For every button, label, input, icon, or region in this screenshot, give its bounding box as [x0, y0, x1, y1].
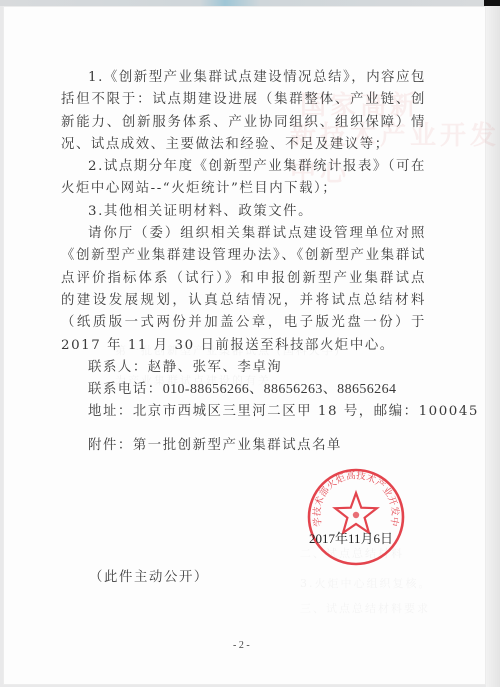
- contact-phone-value: 010-88656266、88656263、88656264: [163, 382, 397, 397]
- list-item-supporting-docs: 3.其他相关证明材料、政策文件。: [61, 201, 426, 223]
- document-body: 1.《创新型产业集群试点建设情况总结》，内容应包括但不限于：试点期建设进展（集群…: [61, 67, 426, 457]
- attachment-title: 第一批创新型产业集群试点名单: [133, 438, 342, 453]
- contact-address-label: 地址：: [88, 404, 133, 419]
- bleed-through-text: 3.火炬中心组织复核。: [300, 575, 432, 591]
- list-item-statistics: 2.试点期分年度《创新型产业集群统计报表》（可在火炬中心网站--“火炬统计”栏目…: [61, 156, 426, 201]
- page-number: - 2 -: [233, 640, 250, 651]
- spacer: [61, 424, 426, 435]
- attachment-label: 附件：: [88, 438, 133, 453]
- list-item-summary: 1.《创新型产业集群试点建设情况总结》，内容应包括但不限于：试点期建设进展（集群…: [61, 67, 426, 156]
- contact-phone: 联系电话：010-88656266、88656263、88656264: [61, 379, 426, 401]
- public-disclosure-note: （此件主动公开）: [89, 566, 209, 585]
- request-paragraph: 请你厅（委）组织相关集群试点建设管理单位对照《创新型产业集群建设管理办法》、《创…: [61, 223, 426, 357]
- contact-address-value: 北京市西城区三里河二区甲 18 号，邮编：100045: [133, 404, 479, 419]
- contact-persons-label: 联系人：: [88, 360, 148, 375]
- official-seal-icon: 科学技术部火炬高技术产业开发中心: [306, 467, 406, 567]
- contact-phone-label: 联系电话：: [88, 382, 163, 397]
- page-edge-shadow: [486, 6, 500, 687]
- bleed-through-text: 三、试点总结材料要求: [300, 600, 430, 616]
- attachment-line: 附件：第一批创新型产业集群试点名单: [61, 435, 426, 457]
- contact-persons: 联系人：赵静、张军、李卓洵: [61, 357, 426, 379]
- contact-persons-value: 赵静、张军、李卓洵: [148, 360, 282, 375]
- contact-address: 地址：北京市西城区三里河二区甲 18 号，邮编：100045: [61, 401, 426, 423]
- issue-date: 2017年11月6日: [309, 528, 393, 547]
